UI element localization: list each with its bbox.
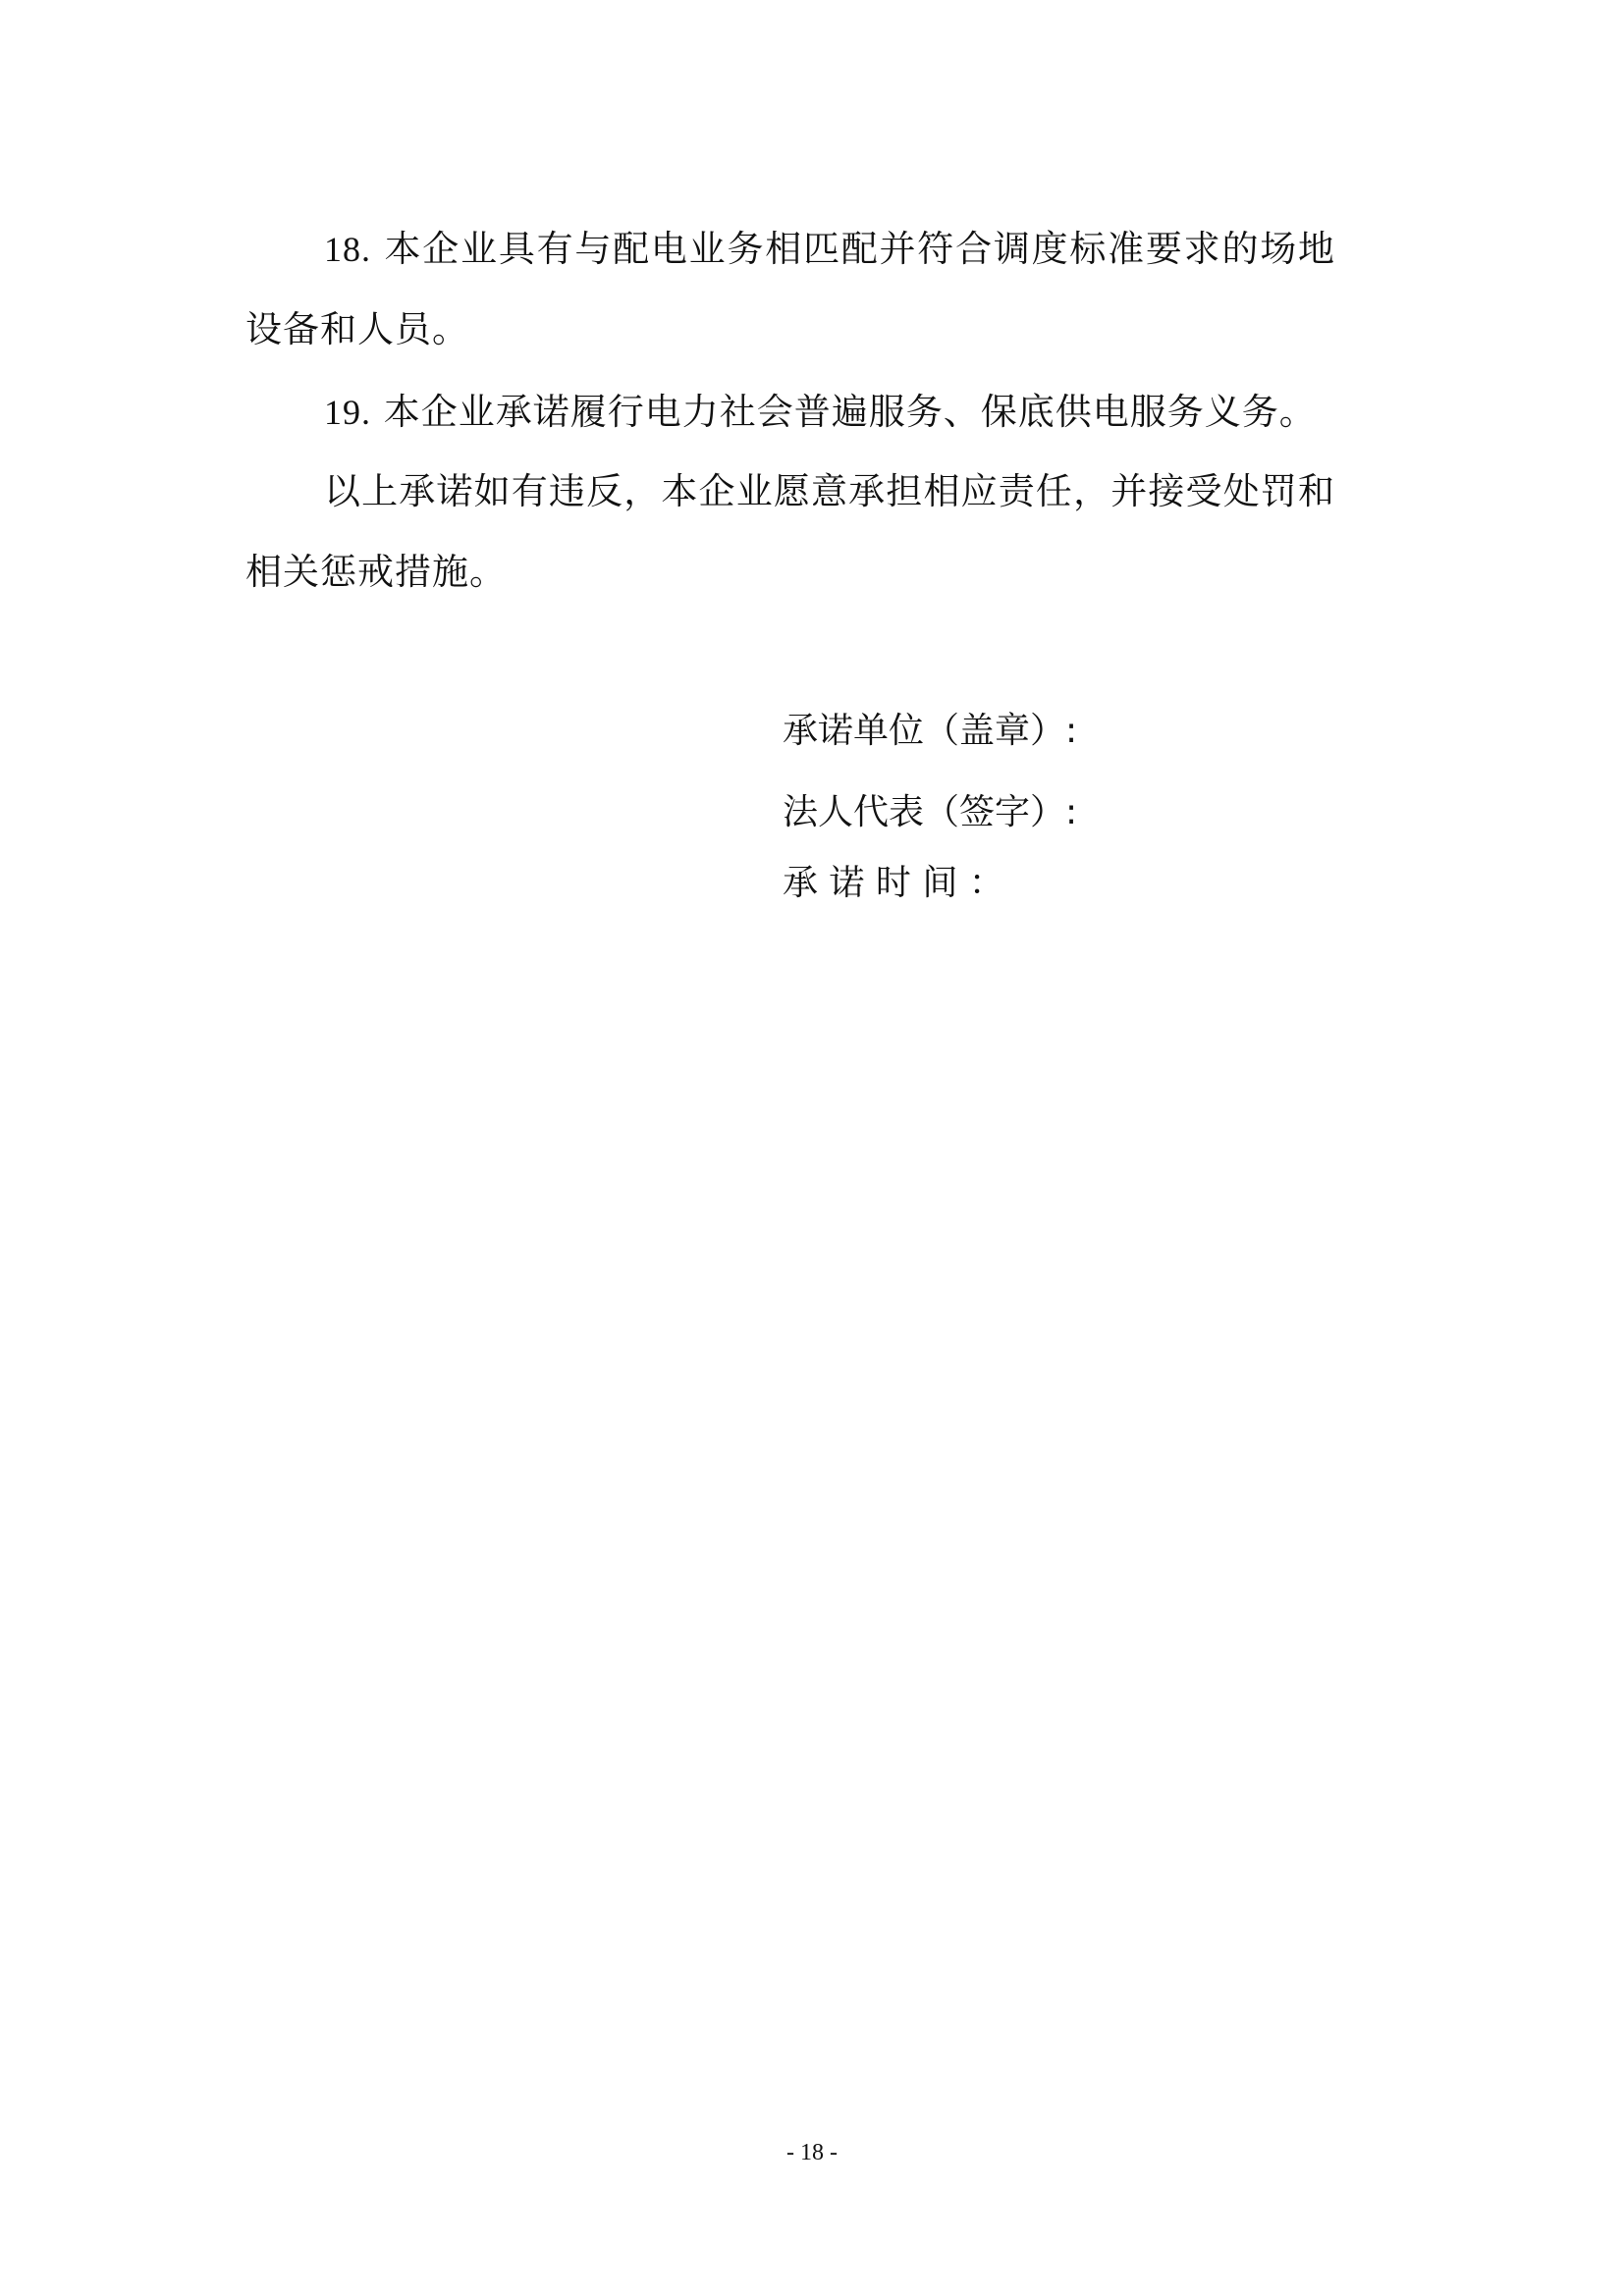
item-18: 18. 本企业具有与配电业务相匹配并符合调度标准要求的场地设备和人员。 [245,209,1335,370]
item-text: 本企业承诺履行电力社会普遍服务、保底供电服务义务。 [384,391,1317,433]
item-number: 19. [324,393,371,432]
item-19: 19. 本企业承诺履行电力社会普遍服务、保底供电服务义务。 [245,372,1335,453]
page-number: - 18 - [0,2140,1624,2166]
signature-unit: 承诺单位（盖章）: [783,709,1077,754]
signature-date: 承 诺 时 间 ： [783,861,1004,906]
item-text: 本企业具有与配电业务相匹配并符合调度标准要求的场地设备和人员。 [245,228,1335,350]
item-number: 18. [324,230,371,269]
signature-legal-rep: 法人代表（签字）: [783,790,1077,835]
closing-paragraph: 以上承诺如有违反，本企业愿意承担相应责任，并接受处罚和相关惩戒措施。 [245,452,1335,613]
